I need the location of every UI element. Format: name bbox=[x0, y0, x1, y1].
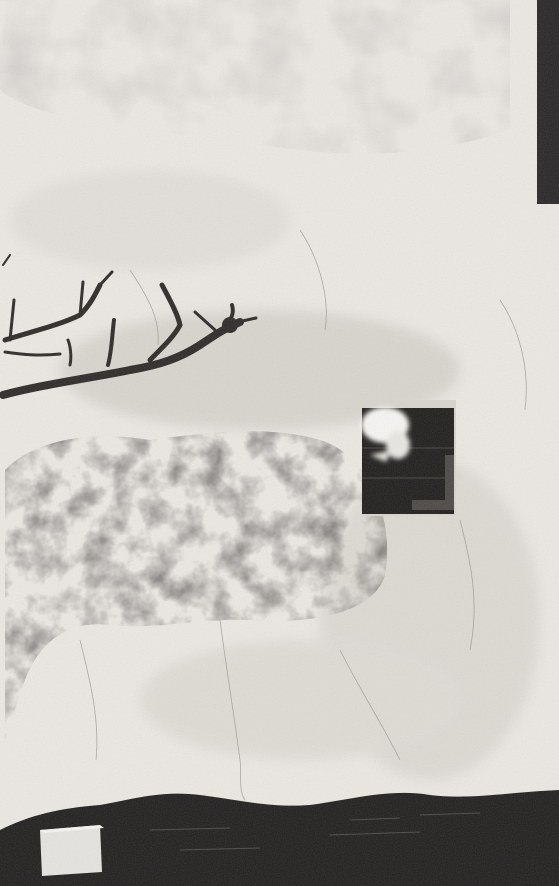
photo-scene bbox=[0, 0, 559, 886]
photograph: Black-and-white photograph of a weathere… bbox=[0, 0, 559, 886]
film-grain bbox=[0, 0, 559, 886]
